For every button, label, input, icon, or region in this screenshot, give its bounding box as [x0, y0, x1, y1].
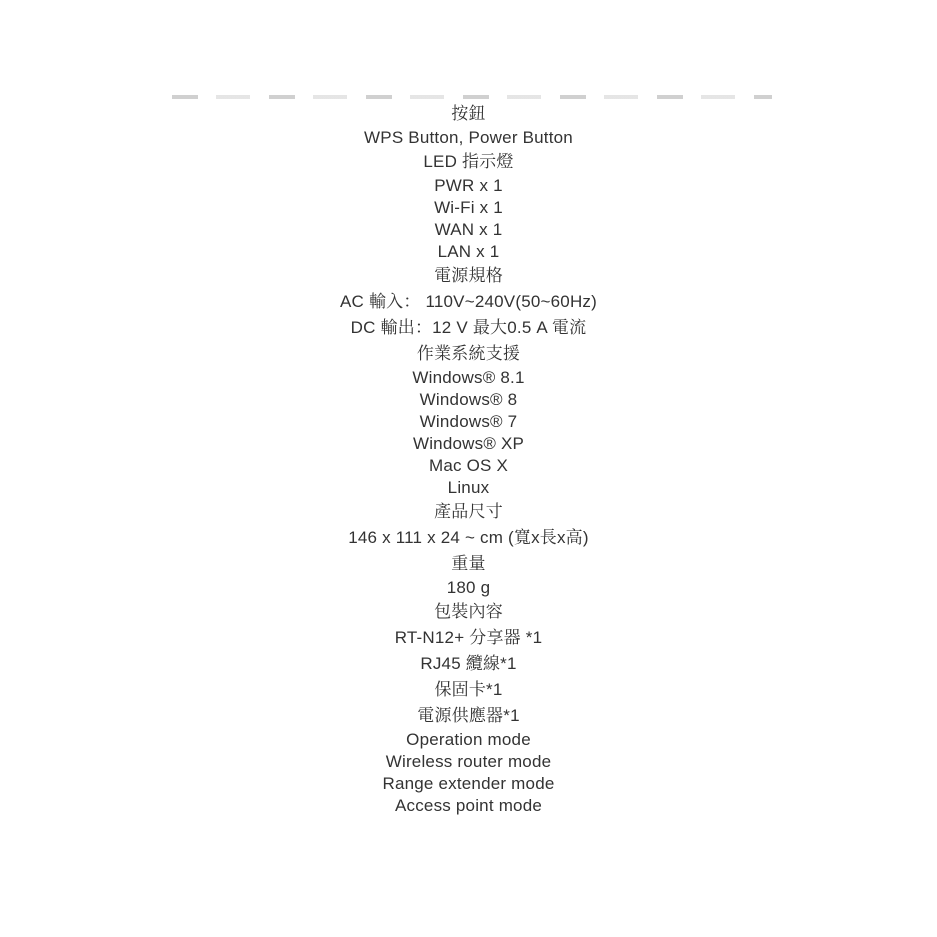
spec-value-os-windows81: Windows® 8.1	[0, 367, 937, 389]
spec-value-mode-access-point: Access point mode	[0, 795, 937, 817]
spec-value-os-windows7: Windows® 7	[0, 411, 937, 433]
spec-value-os-linux: Linux	[0, 477, 937, 499]
spec-value-package-router: RT-N12+ 分享器 *1	[0, 625, 937, 651]
spec-value-dc-output: DC 輸出：12 V 最大0.5 A 電流	[0, 315, 937, 341]
spec-page: 按鈕 WPS Button, Power Button LED 指示燈 PWR …	[0, 0, 937, 937]
spec-value-package-power-adapter: 電源供應器*1	[0, 703, 937, 729]
spec-value-led-lan: LAN x 1	[0, 241, 937, 263]
spec-heading-weight: 重量	[0, 551, 937, 577]
spec-value-os-windows8: Windows® 8	[0, 389, 937, 411]
spec-value-led-pwr: PWR x 1	[0, 175, 937, 197]
spec-value-package-rj45-cable: RJ45 纜線*1	[0, 651, 937, 677]
spec-heading-power: 電源規格	[0, 263, 937, 289]
spec-heading-led-indicators: LED 指示燈	[0, 149, 937, 175]
spec-value-mode-wireless-router: Wireless router mode	[0, 751, 937, 773]
spec-list: 按鈕 WPS Button, Power Button LED 指示燈 PWR …	[0, 101, 937, 817]
spec-heading-operation-mode: Operation mode	[0, 729, 937, 751]
spec-value-weight: 180 g	[0, 577, 937, 599]
spec-value-dimensions: 146 x 111 x 24 ~ cm (寬x長x高)	[0, 525, 937, 551]
spec-heading-package-contents: 包裝內容	[0, 599, 937, 625]
spec-value-buttons: WPS Button, Power Button	[0, 127, 937, 149]
cropped-text-artifact	[172, 95, 772, 99]
spec-value-os-windowsxp: Windows® XP	[0, 433, 937, 455]
spec-heading-buttons: 按鈕	[0, 101, 937, 127]
spec-value-os-macosx: Mac OS X	[0, 455, 937, 477]
spec-value-led-wifi: Wi-Fi x 1	[0, 197, 937, 219]
spec-value-led-wan: WAN x 1	[0, 219, 937, 241]
spec-heading-dimensions: 產品尺寸	[0, 499, 937, 525]
spec-heading-os-support: 作業系統支援	[0, 341, 937, 367]
spec-value-ac-input: AC 輸入： 110V~240V(50~60Hz)	[0, 289, 937, 315]
spec-value-mode-range-extender: Range extender mode	[0, 773, 937, 795]
spec-value-package-warranty-card: 保固卡*1	[0, 677, 937, 703]
